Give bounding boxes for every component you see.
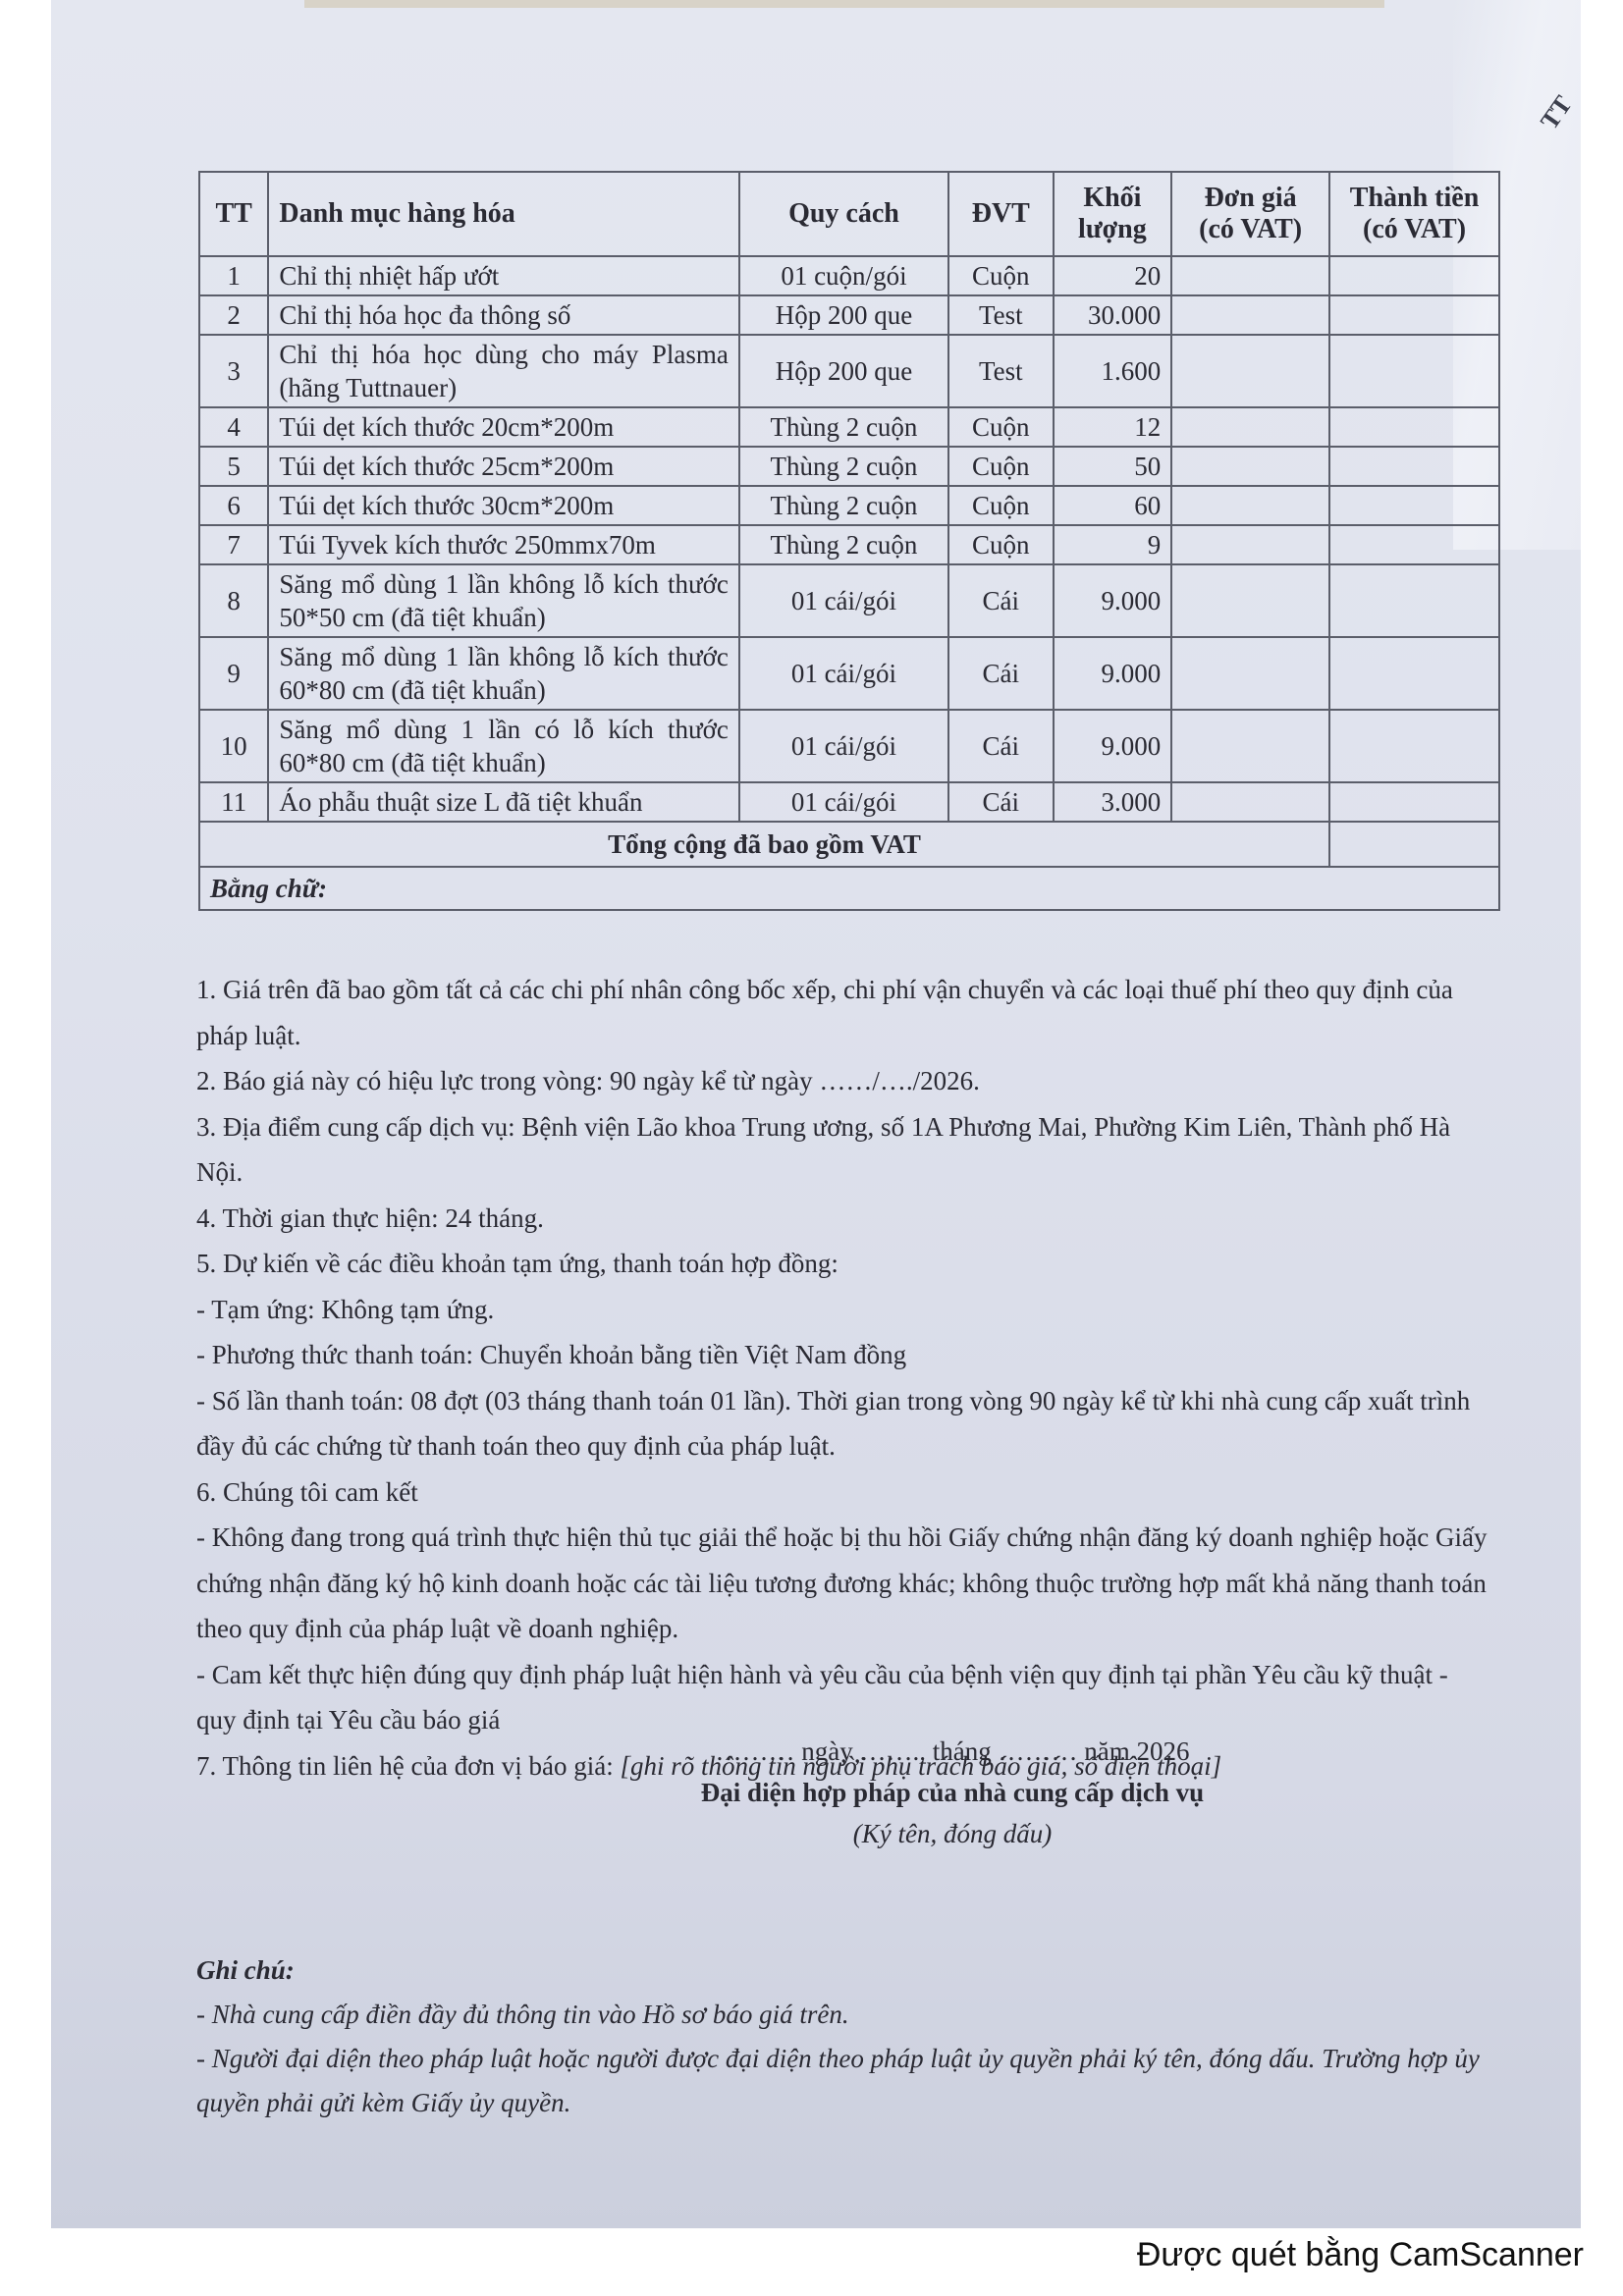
cell-price <box>1171 486 1329 525</box>
header-name: Danh mục hàng hóa <box>268 172 739 256</box>
term-6: 6. Chúng tôi cam kết <box>196 1469 1492 1516</box>
header-spec: Quy cách <box>739 172 948 256</box>
cell-total <box>1329 782 1499 822</box>
cell-spec: Thùng 2 cuộn <box>739 525 948 564</box>
cell-price <box>1171 256 1329 295</box>
term-2: 2. Báo giá này có hiệu lực trong vòng: 9… <box>196 1058 1492 1104</box>
table-row: 3Chỉ thị hóa học dùng cho máy Plasma (hã… <box>199 335 1499 407</box>
cell-total <box>1329 486 1499 525</box>
camscanner-watermark: Được quét bằng CamScanner <box>1137 2236 1584 2274</box>
term-5-advance: - Tạm ứng: Không tạm ứng. <box>196 1287 1492 1333</box>
cell-name: Chỉ thị nhiệt hấp ướt <box>268 256 739 295</box>
table-row: 11Áo phẫu thuật size L đã tiệt khuẩn01 c… <box>199 782 1499 822</box>
cell-qty: 3.000 <box>1054 782 1172 822</box>
remarks-heading: Ghi chú: <box>196 1949 1492 1993</box>
cell-spec: 01 cái/gói <box>739 564 948 637</box>
cell-qty: 9.000 <box>1054 637 1172 710</box>
cell-total <box>1329 407 1499 447</box>
cell-unit: Cuộn <box>948 447 1054 486</box>
cell-unit: Test <box>948 335 1054 407</box>
cell-spec: Hộp 200 que <box>739 335 948 407</box>
cell-unit: Cuộn <box>948 256 1054 295</box>
cell-name: Săng mổ dùng 1 lần có lỗ kích thước 60*8… <box>268 710 739 782</box>
table-row: 6Túi dẹt kích thước 30cm*200mThùng 2 cuộ… <box>199 486 1499 525</box>
term-4: 4. Thời gian thực hiện: 24 tháng. <box>196 1196 1492 1242</box>
cell-name: Áo phẫu thuật size L đã tiệt khuẩn <box>268 782 739 822</box>
cell-spec: 01 cái/gói <box>739 782 948 822</box>
header-total-line1: Thành tiền <box>1350 183 1480 213</box>
header-total: Thành tiền(có VAT) <box>1329 172 1499 256</box>
cell-total <box>1329 256 1499 295</box>
term-5-method: - Phương thức thanh toán: Chuyển khoản b… <box>196 1332 1492 1378</box>
table-header-row: TT Danh mục hàng hóa Quy cách ĐVT Khốilư… <box>199 172 1499 256</box>
cell-qty: 9.000 <box>1054 564 1172 637</box>
terms-section: 1. Giá trên đã bao gồm tất cả các chi ph… <box>196 967 1492 1789</box>
cell-unit: Cái <box>948 710 1054 782</box>
cell-spec: Hộp 200 que <box>739 295 948 335</box>
cell-price <box>1171 525 1329 564</box>
cell-unit: Cuộn <box>948 525 1054 564</box>
cell-price <box>1171 295 1329 335</box>
cell-spec: Thùng 2 cuộn <box>739 486 948 525</box>
cell-price <box>1171 447 1329 486</box>
cell-price <box>1171 407 1329 447</box>
cell-unit: Cái <box>948 564 1054 637</box>
cell-total <box>1329 710 1499 782</box>
cell-unit: Cuộn <box>948 486 1054 525</box>
cell-total <box>1329 295 1499 335</box>
term-6-b: - Cam kết thực hiện đúng quy định pháp l… <box>196 1652 1492 1743</box>
header-unit: ĐVT <box>948 172 1054 256</box>
table-row: 9Săng mổ dùng 1 lần không lỗ kích thước … <box>199 637 1499 710</box>
remarks-section: Ghi chú: - Nhà cung cấp điền đầy đủ thôn… <box>196 1949 1492 2125</box>
remark-2: - Người đại diện theo pháp luật hoặc ngư… <box>196 2037 1492 2125</box>
cell-spec: 01 cái/gói <box>739 637 948 710</box>
cell-name: Săng mổ dùng 1 lần không lỗ kích thước 6… <box>268 637 739 710</box>
signature-title: Đại diện hợp pháp của nhà cung cấp dịch … <box>579 1772 1325 1813</box>
cell-tt: 2 <box>199 295 268 335</box>
header-qty: Khốilượng <box>1054 172 1172 256</box>
cell-spec: Thùng 2 cuộn <box>739 407 948 447</box>
term-5-installments: - Số lần thanh toán: 08 đợt (03 tháng th… <box>196 1378 1492 1469</box>
cell-tt: 11 <box>199 782 268 822</box>
term-6-a: - Không đang trong quá trình thực hiện t… <box>196 1515 1492 1652</box>
table-row: 7Túi Tyvek kích thước 250mmx70mThùng 2 c… <box>199 525 1499 564</box>
cell-qty: 1.600 <box>1054 335 1172 407</box>
cell-tt: 9 <box>199 637 268 710</box>
cell-name: Túi dẹt kích thước 30cm*200m <box>268 486 739 525</box>
header-price-line2: (có VAT) <box>1199 214 1302 244</box>
cell-tt: 5 <box>199 447 268 486</box>
cell-name: Túi dẹt kích thước 25cm*200m <box>268 447 739 486</box>
table-row: 2Chỉ thị hóa học đa thông sốHộp 200 queT… <box>199 295 1499 335</box>
term-3: 3. Địa điểm cung cấp dịch vụ: Bệnh viện … <box>196 1104 1492 1196</box>
header-price: Đơn giá(có VAT) <box>1171 172 1329 256</box>
cell-tt: 3 <box>199 335 268 407</box>
page-top-edge <box>304 0 1384 8</box>
table-row: 5Túi dẹt kích thước 25cm*200mThùng 2 cuộ… <box>199 447 1499 486</box>
signature-subtitle: (Ký tên, đóng dấu) <box>579 1813 1325 1854</box>
term-7-label: 7. Thông tin liên hệ của đơn vị báo giá: <box>196 1751 620 1781</box>
header-price-line1: Đơn giá <box>1205 183 1297 213</box>
remark-1: - Nhà cung cấp điền đầy đủ thông tin vào… <box>196 1993 1492 2037</box>
cell-qty: 50 <box>1054 447 1172 486</box>
cell-tt: 7 <box>199 525 268 564</box>
header-tt: TT <box>199 172 268 256</box>
cell-spec: 01 cái/gói <box>739 710 948 782</box>
total-row: Tổng cộng đã bao gồm VAT <box>199 822 1499 867</box>
cell-qty: 9 <box>1054 525 1172 564</box>
cell-name: Săng mổ dùng 1 lần không lỗ kích thước 5… <box>268 564 739 637</box>
cell-qty: 60 <box>1054 486 1172 525</box>
cell-price <box>1171 782 1329 822</box>
cell-total <box>1329 525 1499 564</box>
cell-qty: 30.000 <box>1054 295 1172 335</box>
header-qty-line2: lượng <box>1078 214 1147 244</box>
in-words-label: Bằng chữ: <box>199 867 1499 910</box>
cell-unit: Cái <box>948 637 1054 710</box>
cell-total <box>1329 564 1499 637</box>
in-words-row: Bằng chữ: <box>199 867 1499 910</box>
cell-spec: 01 cuộn/gói <box>739 256 948 295</box>
cell-name: Chỉ thị hóa học dùng cho máy Plasma (hãn… <box>268 335 739 407</box>
cell-price <box>1171 637 1329 710</box>
cell-qty: 20 <box>1054 256 1172 295</box>
term-5: 5. Dự kiến về các điều khoản tạm ứng, th… <box>196 1241 1492 1287</box>
cell-tt: 6 <box>199 486 268 525</box>
cell-price <box>1171 710 1329 782</box>
cell-tt: 8 <box>199 564 268 637</box>
cell-qty: 12 <box>1054 407 1172 447</box>
total-label: Tổng cộng đã bao gồm VAT <box>199 822 1329 867</box>
cell-tt: 1 <box>199 256 268 295</box>
table-row: 4Túi dẹt kích thước 20cm*200mThùng 2 cuộ… <box>199 407 1499 447</box>
cell-unit: Cuộn <box>948 407 1054 447</box>
quotation-table: TT Danh mục hàng hóa Quy cách ĐVT Khốilư… <box>198 171 1500 911</box>
cell-name: Chỉ thị hóa học đa thông số <box>268 295 739 335</box>
cell-name: Túi dẹt kích thước 20cm*200m <box>268 407 739 447</box>
cell-total <box>1329 447 1499 486</box>
table-row: 10Săng mổ dùng 1 lần có lỗ kích thước 60… <box>199 710 1499 782</box>
table-row: 1Chỉ thị nhiệt hấp ướt01 cuộn/góiCuộn20 <box>199 256 1499 295</box>
cell-price <box>1171 335 1329 407</box>
total-value <box>1329 822 1499 867</box>
cell-total <box>1329 637 1499 710</box>
signature-date: ……… ngày …….. tháng ……… năm 2026 <box>579 1731 1325 1772</box>
cell-tt: 4 <box>199 407 268 447</box>
header-total-line2: (có VAT) <box>1363 214 1466 244</box>
cell-unit: Test <box>948 295 1054 335</box>
term-1: 1. Giá trên đã bao gồm tất cả các chi ph… <box>196 967 1492 1058</box>
cell-total <box>1329 335 1499 407</box>
cell-price <box>1171 564 1329 637</box>
cell-qty: 9.000 <box>1054 710 1172 782</box>
cell-unit: Cái <box>948 782 1054 822</box>
header-qty-line1: Khối <box>1083 183 1141 213</box>
cell-tt: 10 <box>199 710 268 782</box>
signature-block: ……… ngày …….. tháng ……… năm 2026 Đại diệ… <box>579 1731 1325 1854</box>
cell-spec: Thùng 2 cuộn <box>739 447 948 486</box>
cell-name: Túi Tyvek kích thước 250mmx70m <box>268 525 739 564</box>
table-row: 8Săng mổ dùng 1 lần không lỗ kích thước … <box>199 564 1499 637</box>
